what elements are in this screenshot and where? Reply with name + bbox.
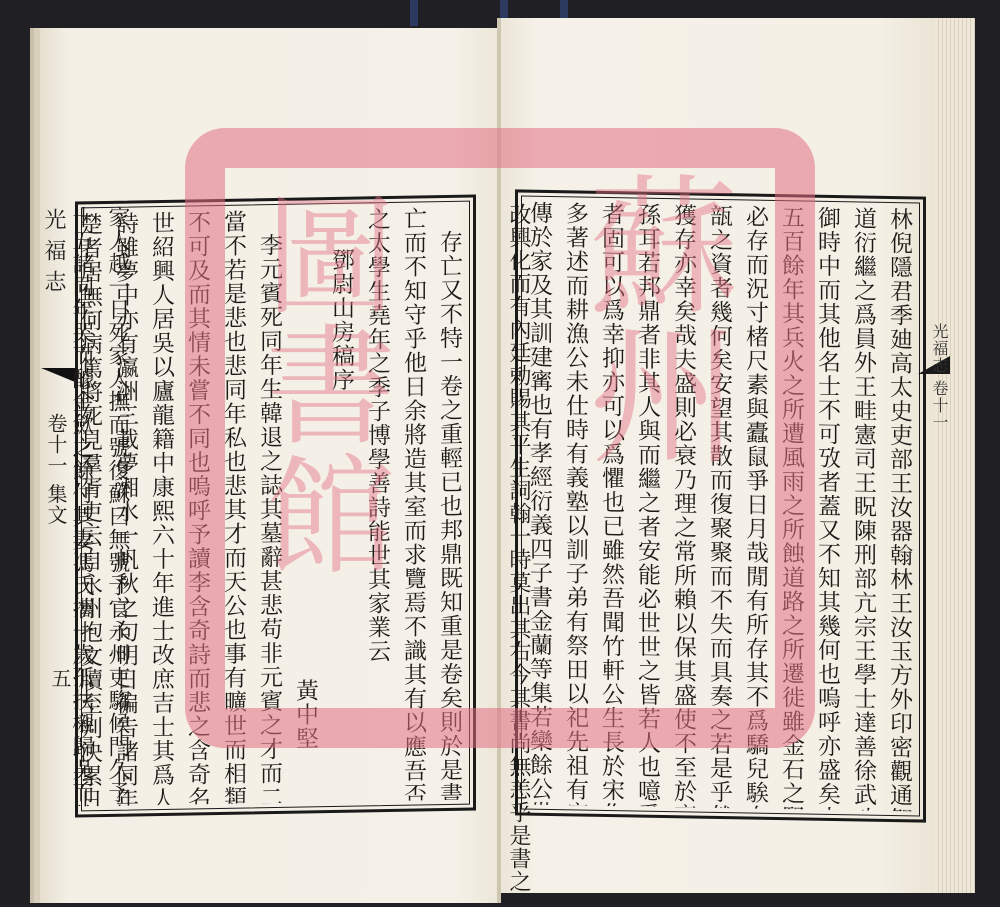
text-column: 孫耳若邦鼎者非其人與而繼之者安能必世世之皆若人也噫爲徐氏之後 xyxy=(629,202,665,807)
text-column: 多著述而耕漁公未仕時有義塾以訓子弟有祭田以祀先祖有家訓祭義以 xyxy=(557,201,593,806)
text-column: 林倪隱君季廸高太史吏部王汝器翰林王汝玉方外印密觀通智及姚少師 xyxy=(881,207,917,812)
text-column: 不可及而其情未嘗不同也嗚呼予讀李含奇詩而悲之含奇名咸始名鍼先 xyxy=(179,210,215,805)
text-column: 改興化而有內廷勅賜其平生詞翰一時莫出其右今其書尚無恙乎是書之 xyxy=(500,203,536,893)
page-edges xyxy=(935,18,975,893)
text-column: 存亡又不特一卷之重輕已也邦鼎既知重是卷矣則於是書也寗忍視其散 xyxy=(431,206,467,801)
text-column: 十五諸同年哭而醵金歛之餘付其妻馮氏攜一歲孤扶櫬歸吳而其詩稿則 xyxy=(63,206,99,806)
open-book: 光 福 志 卷十一 集文 五 存亡又不特一卷之重輕已也邦鼎既知重是卷矣則於是書也… xyxy=(15,18,975,903)
spine-label-text: 光福志 卷十一 xyxy=(930,323,948,431)
text-column: 李元賓死同年生韓退之誌其墓辭甚悲苟非元賓之才而二十九歲死退之 xyxy=(251,209,287,804)
text-column: 亡而不知守乎他日余將造其室而求覽焉不識其有以應吾否乎邦鼎字玄 xyxy=(395,206,431,801)
essay-title: 鄧尉山房稿序 xyxy=(323,208,359,803)
text-column: 五百餘年其兵火之所遭風雨之所蝕道路之所遷徙雖金石之堅不能保其 xyxy=(773,205,809,810)
right-text-frame: 林倪隱君季廸高太史吏部王汝器翰林王汝玉方外印密觀通智及姚少師 道衍繼之爲員外王畦… xyxy=(515,189,926,822)
text-column: 御時中而其他名士不可攷者蓋又不知其幾何也嗚呼亦盛矣夫自宋迄今 xyxy=(809,206,845,811)
text-column: 之太學生堯年之季子博學善詩能世其家業云 xyxy=(359,207,395,802)
text-column: 世紹興人居吳以廬龍籍中康熙六十年進士改庶吉士其爲人貧而善病工 xyxy=(143,211,179,806)
left-text-frame: 存亡又不特一卷之重輕已也邦鼎既知重是卷矣則於是書也寗忍視其散 亡而不知守乎他日余… xyxy=(75,195,476,818)
right-text-columns: 林倪隱君季廸高太史吏部王汝器翰林王汝玉方外印密觀通智及姚少師 道衍繼之爲員外王畦… xyxy=(524,201,917,812)
text-column: 必存而況寸楮尺素與蠹鼠爭日月哉閒有所存其不爲驕兒騃女取以爲覆 xyxy=(737,204,773,809)
spine-label: 光福志 卷十一 xyxy=(930,323,975,443)
text-column: 者固可以爲幸抑亦可以爲懼也已雖然吾聞竹軒公生長於宋作敎松關頗 xyxy=(593,202,629,807)
text-column: 道衍繼之爲員外王畦憲司王眖陳刑部亢宗王學士達善徐武功有貞曹巡 xyxy=(845,206,881,811)
text-column: 獲存亦幸矣哉夫盛則必衰乃理之常所賴以保其盛使不至於衰則在賢子 xyxy=(665,203,701,808)
text-column: 家人越一日死家人撫而號復蘇曰無號予官永州吏騶候門久予去矣年三 xyxy=(99,206,135,806)
right-extra-columns: 改興化而有內廷勅賜其平生詞翰一時莫出其右今其書尚無恙乎是書之 xyxy=(500,203,536,803)
left-text-columns: 存亡又不特一卷之重輕已也邦鼎既知重是卷矣則於是書也寗忍視其散 亡而不知守乎他日余… xyxy=(84,206,467,807)
text-column: 當不若是悲也悲同年私也悲其才而天公也事有曠世而相類者古人之辭 xyxy=(215,209,251,804)
essay-author: 黃中堅 xyxy=(287,208,323,803)
left-extra-columns: 家人越一日死家人撫而號復蘇曰無號予官永州吏騶候門久予去矣年三 十五諸同年哭而醵金… xyxy=(63,206,135,806)
text-column: 瓿之資者幾何矣安望其散而復聚聚而不失而具奏之若是乎然則此卷之 xyxy=(701,204,737,809)
